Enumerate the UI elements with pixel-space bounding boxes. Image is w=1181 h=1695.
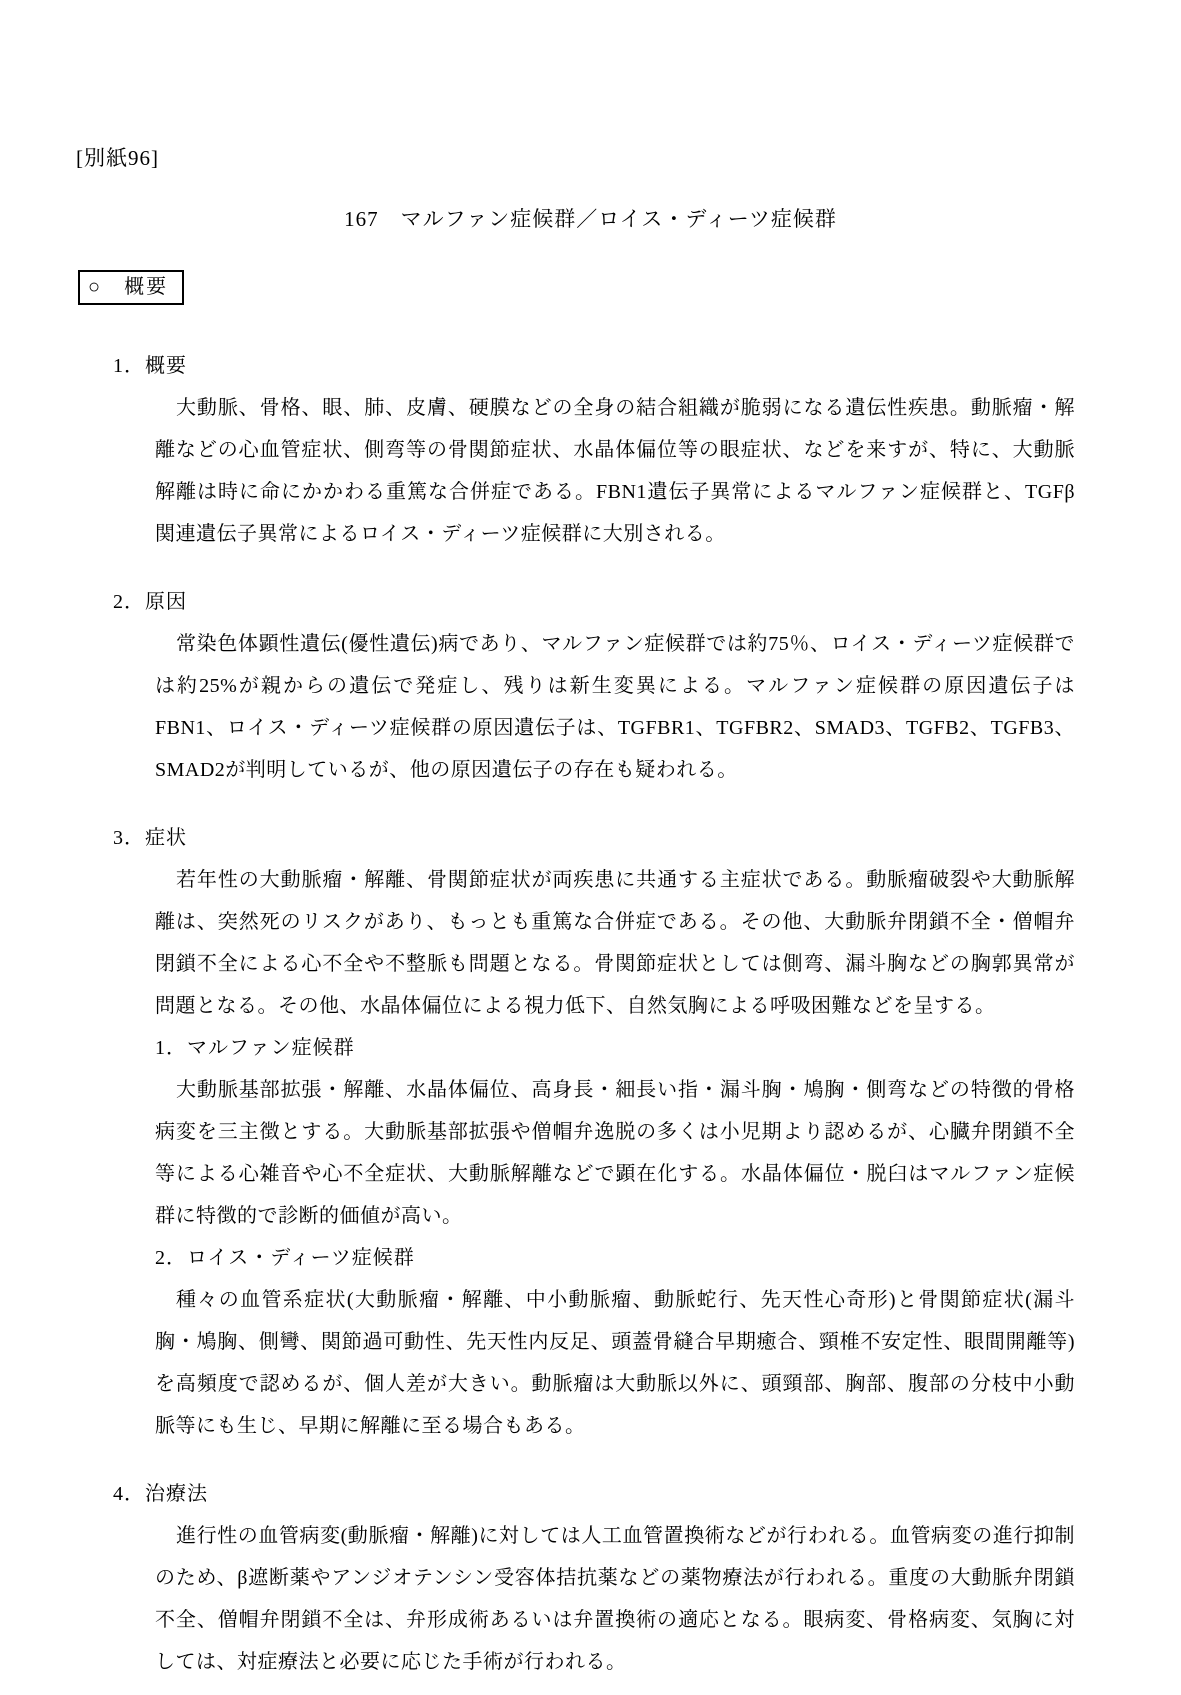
section-symptoms-paragraph: 若年性の大動脈瘤・解離、骨関節症状が両疾患に共通する主症状である。動脈瘤破裂や大… (155, 859, 1075, 1027)
attachment-label: [別紙96] (76, 142, 159, 172)
section-treatment: 4．治療法 進行性の血管病変(動脈瘤・解離)に対しては人工血管置換術などが行われ… (113, 1473, 1075, 1683)
subsection-loeys-dietz: 2．ロイス・ディーツ症候群 種々の血管系症状(大動脈瘤・解離、中小動脈瘤、動脈蛇… (113, 1237, 1075, 1447)
subsection-marfan-paragraph: 大動脈基部拡張・解離、水晶体偏位、高身長・細長い指・漏斗胸・鳩胸・側弯などの特徴… (155, 1069, 1075, 1237)
section-overview-heading: 1．概要 (113, 345, 1075, 387)
section-symptoms-heading: 3．症状 (113, 817, 1075, 859)
section-cause: 2．原因 常染色体顕性遺伝(優性遺伝)病であり、マルファン症候群では約75％、ロ… (113, 581, 1075, 791)
document-title: 167 マルファン症候群／ロイス・ディーツ症候群 (0, 203, 1181, 233)
document-page: [別紙96] 167 マルファン症候群／ロイス・ディーツ症候群 ○ 概要 1．概… (0, 0, 1181, 1695)
section-cause-paragraph: 常染色体顕性遺伝(優性遺伝)病であり、マルファン症候群では約75％、ロイス・ディ… (155, 623, 1075, 791)
section-overview: 1．概要 大動脈、骨格、眼、肺、皮膚、硬膜などの全身の結合組織が脆弱になる遺伝性… (113, 345, 1075, 555)
subsection-loeys-dietz-paragraph: 種々の血管系症状(大動脈瘤・解離、中小動脈瘤、動脈蛇行、先天性心奇形)と骨関節症… (155, 1279, 1075, 1447)
section-treatment-paragraph: 進行性の血管病変(動脈瘤・解離)に対しては人工血管置換術などが行われる。血管病変… (155, 1515, 1075, 1683)
subsection-marfan-heading: 1．マルファン症候群 (155, 1027, 1075, 1069)
section-treatment-heading: 4．治療法 (113, 1473, 1075, 1515)
section-overview-paragraph: 大動脈、骨格、眼、肺、皮膚、硬膜などの全身の結合組織が脆弱になる遺伝性疾患。動脈… (155, 387, 1075, 555)
document-body: 1．概要 大動脈、骨格、眼、肺、皮膚、硬膜などの全身の結合組織が脆弱になる遺伝性… (113, 345, 1075, 1683)
section-cause-heading: 2．原因 (113, 581, 1075, 623)
overview-box: ○ 概要 (78, 270, 184, 305)
section-symptoms: 3．症状 若年性の大動脈瘤・解離、骨関節症状が両疾患に共通する主症状である。動脈… (113, 817, 1075, 1447)
subsection-marfan: 1．マルファン症候群 大動脈基部拡張・解離、水晶体偏位、高身長・細長い指・漏斗胸… (113, 1027, 1075, 1237)
subsection-loeys-dietz-heading: 2．ロイス・ディーツ症候群 (155, 1237, 1075, 1279)
overview-box-label: ○ 概要 (88, 276, 168, 298)
